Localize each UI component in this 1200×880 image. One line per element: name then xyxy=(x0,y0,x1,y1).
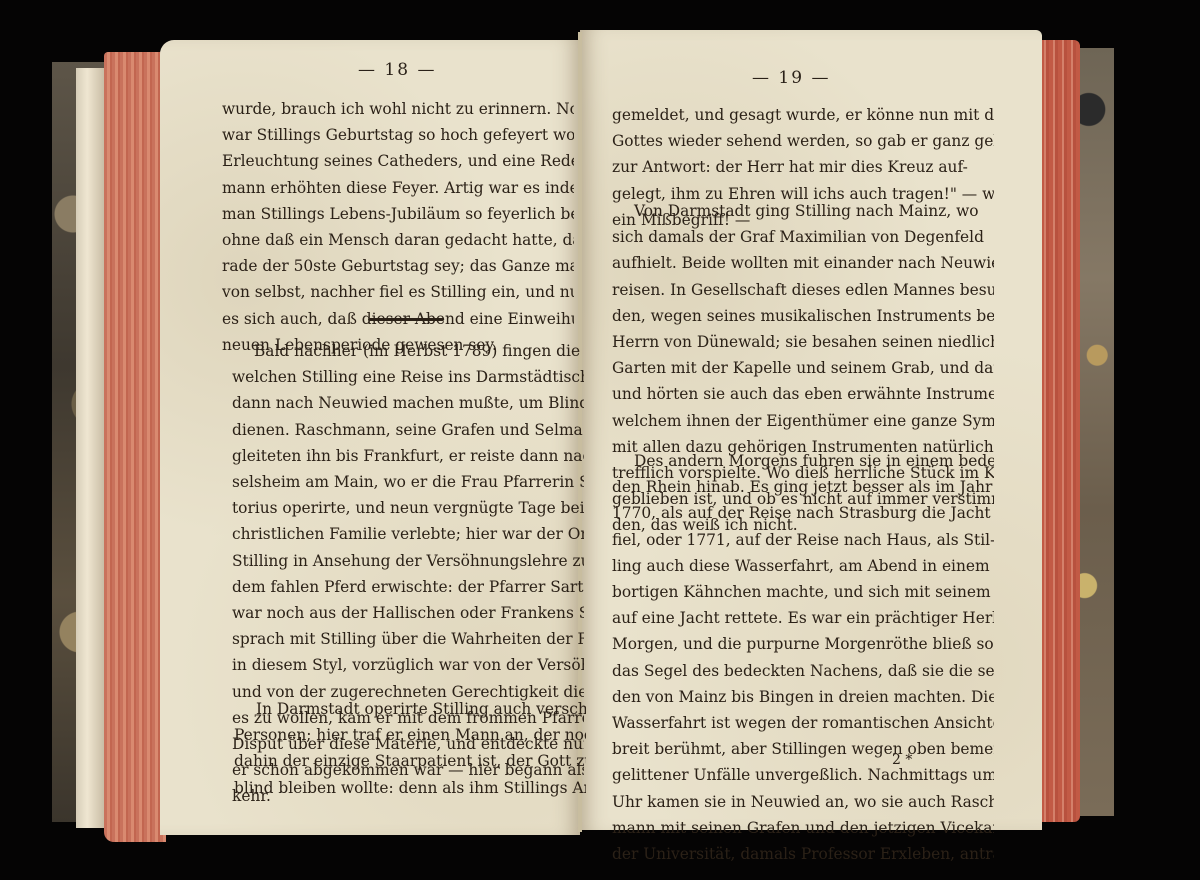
page-edge-left-red xyxy=(104,52,166,842)
text-line: bortigen Kähnchen machte, und sich mit s… xyxy=(612,579,994,605)
page-edge-right-red xyxy=(1040,40,1080,822)
text-line: welchen Stilling eine Reise ins Darmstäd… xyxy=(232,364,584,390)
text-line: der Universität, damals Professor Erxleb… xyxy=(612,841,994,867)
text-line: den, wegen seines musikalischen Instrume… xyxy=(612,303,994,329)
text-line: torius operirte, und neun vergnügte Tage… xyxy=(232,495,584,521)
text-line: den Rhein hinab. Es ging jetzt besser al… xyxy=(612,474,994,500)
text-line: fiel, oder 1771, auf der Reise nach Haus… xyxy=(612,527,994,553)
text-line: blind bleiben wollte: denn als ihm Still… xyxy=(234,775,586,801)
text-line: breit berühmt, aber Stillingen wegen obe… xyxy=(612,736,994,762)
signature-mark: 2 * xyxy=(892,752,912,768)
text-line: Morgen, und die purpurne Morgenröthe bli… xyxy=(612,631,994,657)
page-number-left: — 18 — xyxy=(358,60,436,80)
text-line: dann nach Neuwied machen mußte, um Blind… xyxy=(232,390,584,416)
text-line: das Segel des bedeckten Nachens, daß sie… xyxy=(612,658,994,684)
text-line: Wasserfahrt ist wegen der romantischen A… xyxy=(612,710,994,736)
text-line: Des andern Morgens fuhren sie in einem b… xyxy=(612,448,994,474)
text-line: 1770, als auf der Reise nach Strasburg d… xyxy=(612,500,994,526)
text-line: den von Mainz bis Bingen in dreien macht… xyxy=(612,684,994,710)
text-line: war Stillings Geburtstag so hoch gefeyer… xyxy=(222,122,574,148)
text-line: gelittener Unfälle unvergeßlich. Nachmit… xyxy=(612,762,994,788)
text-line: mann mit seinen Grafen und den jetzigen … xyxy=(612,815,994,841)
text-line: selsheim am Main, wo er die Frau Pfarrer… xyxy=(232,469,584,495)
text-line: Personen; hier traf er einen Mann an, de… xyxy=(234,722,586,748)
text-line: sich damals der Graf Maximilian von Dege… xyxy=(612,224,994,250)
text-line: dem fahlen Pferd erwischte: der Pfarrer … xyxy=(232,574,584,600)
text-line: sprach mit Stilling über die Wahrheiten … xyxy=(232,626,584,652)
right-page-paragraph-3: Des andern Morgens fuhren sie in einem b… xyxy=(612,448,994,867)
text-line: christlichen Familie verlebte; hier war … xyxy=(232,521,584,547)
text-line: Garten mit der Kapelle und seinem Grab, … xyxy=(612,355,994,381)
text-line: Stilling in Ansehung der Versöhnungslehr… xyxy=(232,548,584,574)
text-line: gleiteten ihn bis Frankfurt, er reiste d… xyxy=(232,443,584,469)
text-line: von selbst, nachher fiel es Stilling ein… xyxy=(222,279,574,305)
text-line: rade der 50ste Geburtstag sey; das Ganze… xyxy=(222,253,574,279)
text-line: Herrn von Dünewald; sie besahen seinen n… xyxy=(612,329,994,355)
text-line: Bald nachher (im Herbst 1789) fingen die… xyxy=(232,338,584,364)
text-line: war noch aus der Hallischen oder Franken… xyxy=(232,600,584,626)
page-edge-left-cream xyxy=(76,68,104,828)
text-line: welchem ihnen der Eigenthümer eine ganze… xyxy=(612,408,994,434)
page-number-right: — 19 — xyxy=(752,68,830,88)
text-line: gemeldet, und gesagt wurde, er könne nun… xyxy=(612,102,994,128)
text-line: auf eine Jacht rettete. Es war ein präch… xyxy=(612,605,994,631)
text-line: mann erhöhten diese Feyer. Artig war es … xyxy=(222,175,574,201)
text-line: dahin der einzige Staarpatient ist, der … xyxy=(234,748,586,774)
text-line: Von Darmstadt ging Stilling nach Mainz, … xyxy=(612,198,994,224)
text-line: ling auch diese Wasserfahrt, am Abend in… xyxy=(612,553,994,579)
text-line: in diesem Styl, vorzüglich war von der V… xyxy=(232,652,584,678)
text-line: Erleuchtung seines Catheders, und eine R… xyxy=(222,148,574,174)
text-line: In Darmstadt operirte Stilling auch vers… xyxy=(234,696,586,722)
text-line: wurde, brauch ich wohl nicht zu erinnern… xyxy=(222,96,574,122)
text-line: aufhielt. Beide wollten mit einander nac… xyxy=(612,250,994,276)
text-line: reisen. In Gesellschaft dieses edlen Man… xyxy=(612,277,994,303)
text-line: und hörten sie auch das eben erwähnte In… xyxy=(612,381,994,407)
text-line: ohne daß ein Mensch daran gedacht hatte,… xyxy=(222,227,574,253)
text-line: Gottes wieder sehend werden, so gab er g… xyxy=(612,128,994,154)
left-page-paragraph-3: In Darmstadt operirte Stilling auch vers… xyxy=(234,696,586,801)
text-line: man Stillings Lebens-Jubiläum so feyerli… xyxy=(222,201,574,227)
text-line: Uhr kamen sie in Neuwied an, wo sie auch… xyxy=(612,789,994,815)
section-divider-rule xyxy=(368,318,444,321)
text-line: dienen. Raschmann, seine Grafen und Selm… xyxy=(232,417,584,443)
text-line: zur Antwort: der Herr hat mir dies Kreuz… xyxy=(612,154,994,180)
